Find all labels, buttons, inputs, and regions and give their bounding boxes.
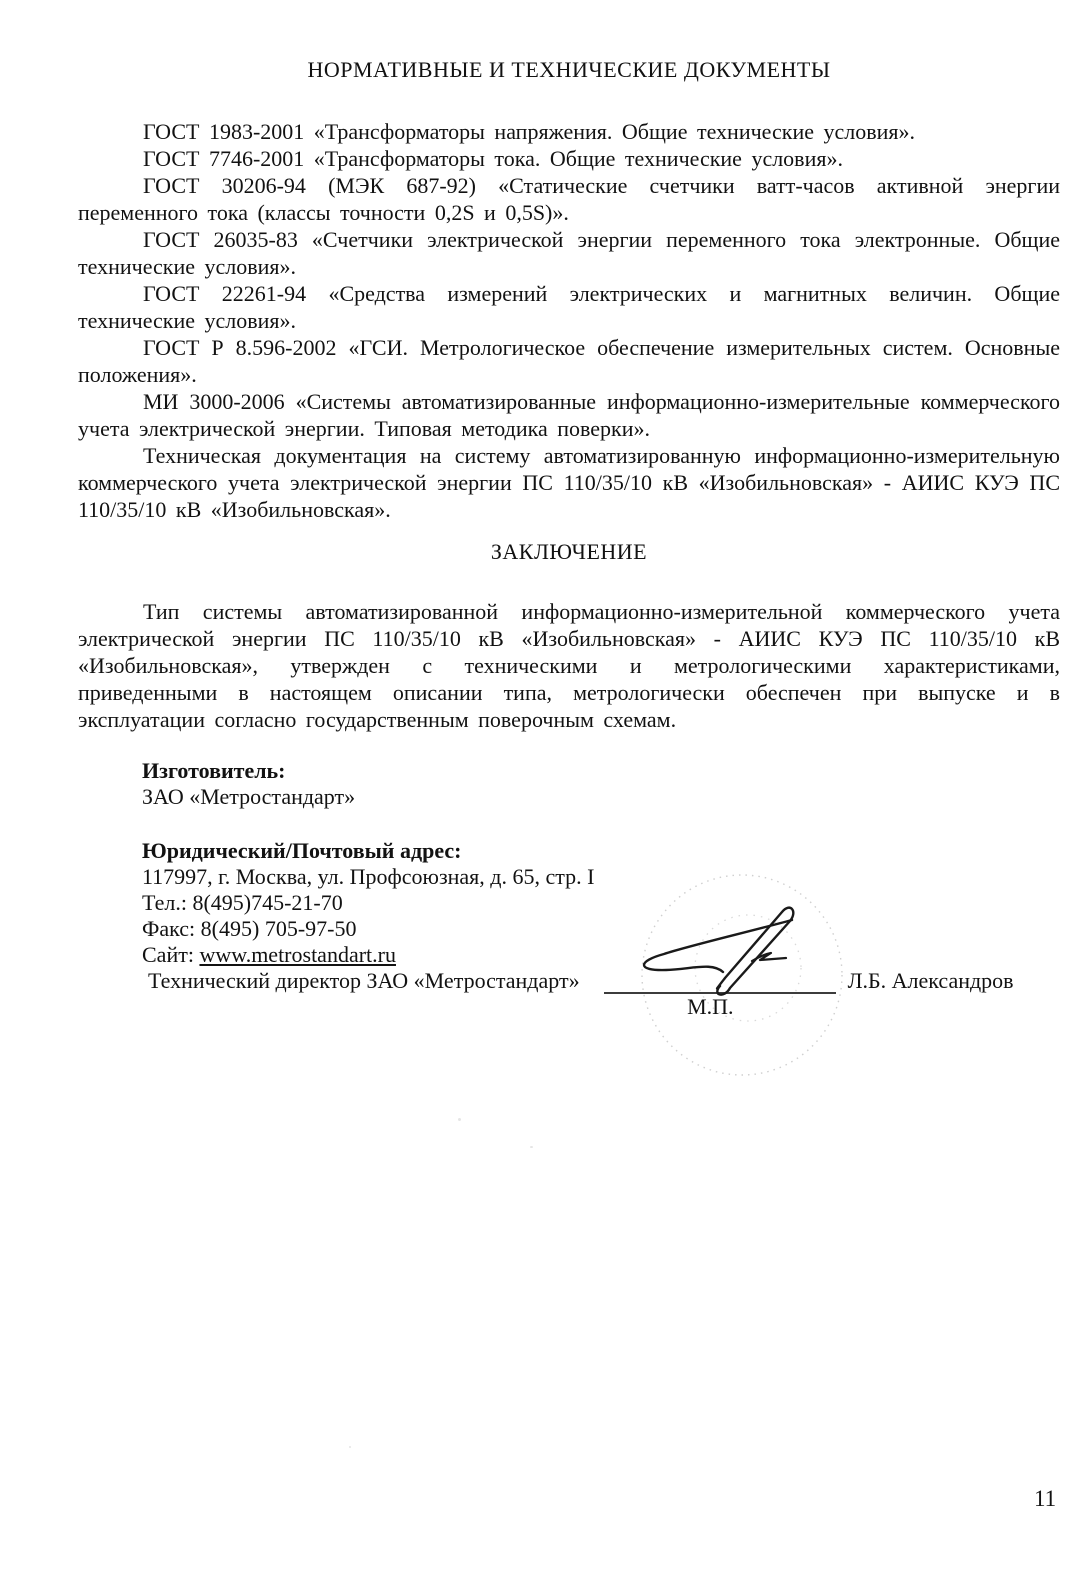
document-page: НОРМАТИВНЫЕ И ТЕХНИЧЕСКИЕ ДОКУМЕНТЫ ГОСТ… <box>0 0 1092 1572</box>
normative-item-gost-22261: ГОСТ 22261-94 «Средства измерений электр… <box>78 280 1060 334</box>
conclusion-title: ЗАКЛЮЧЕНИЕ <box>78 538 1060 565</box>
scan-noise-speck <box>530 1146 533 1148</box>
signature-line: М.П. <box>604 968 836 994</box>
signature-row: Технический директор ЗАО «Метростандарт»… <box>148 968 1060 994</box>
address-label: Юридический/Почтовый адрес: <box>142 838 1060 864</box>
signatory-name: Л.Б. Александров <box>848 968 1014 994</box>
stamp-place-label: М.П. <box>687 995 733 1019</box>
normative-section: НОРМАТИВНЫЕ И ТЕХНИЧЕСКИЕ ДОКУМЕНТЫ ГОСТ… <box>78 56 1060 523</box>
contacts-section: Изготовитель: ЗАО «Метростандарт» Юридич… <box>78 758 1060 994</box>
normative-item-mi-3000: МИ 3000-2006 «Системы автоматизированные… <box>78 388 1060 442</box>
site-label: Сайт: <box>142 942 194 967</box>
normative-item-gost-r-8596: ГОСТ Р 8.596-2002 «ГСИ. Метрологическое … <box>78 334 1060 388</box>
page-number: 11 <box>1034 1486 1056 1512</box>
normative-item-gost-7746: ГОСТ 7746-2001 «Трансформаторы тока. Общ… <box>78 145 1060 172</box>
scan-noise-speck <box>458 1118 461 1121</box>
address-line: 117997, г. Москва, ул. Профсоюзная, д. 6… <box>142 864 1060 890</box>
site-url[interactable]: www.metrostandart.ru <box>199 942 396 967</box>
phone-line: Тел.: 8(495)745-21-70 <box>142 890 1060 916</box>
normative-item-gost-30206: ГОСТ 30206-94 (МЭК 687-92) «Статические … <box>78 172 1060 226</box>
manufacturer-label: Изготовитель: <box>142 758 1060 784</box>
manufacturer-name: ЗАО «Метростандарт» <box>142 784 1060 810</box>
fax-line: Факс: 8(495) 705-97-50 <box>142 916 1060 942</box>
conclusion-section: ЗАКЛЮЧЕНИЕ Тип системы автоматизированно… <box>78 538 1060 733</box>
normative-item-gost-26035: ГОСТ 26035-83 «Счетчики электрической эн… <box>78 226 1060 280</box>
normative-item-gost-1983: ГОСТ 1983-2001 «Трансформаторы напряжени… <box>78 118 1060 145</box>
site-line: Сайт: www.metrostandart.ru <box>142 942 1060 968</box>
conclusion-text: Тип системы автоматизированной информаци… <box>78 598 1060 733</box>
scan-noise-speck <box>349 1446 351 1448</box>
normative-item-tech-doc: Техническая документация на систему авто… <box>78 442 1060 523</box>
normative-title: НОРМАТИВНЫЕ И ТЕХНИЧЕСКИЕ ДОКУМЕНТЫ <box>78 56 1060 83</box>
signature-role: Технический директор ЗАО «Метростандарт» <box>148 968 580 994</box>
